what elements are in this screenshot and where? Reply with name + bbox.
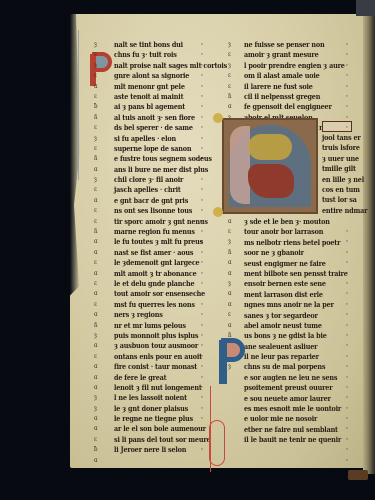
ruling-dot: · — [346, 445, 348, 455]
red-initial-p — [88, 52, 114, 86]
manuscript-line: ensoir bernen este sene — [244, 279, 331, 289]
manuscript-line: ȝ uuer une — [322, 154, 361, 164]
manuscript-line: marne region fu menus — [114, 227, 201, 237]
ruling-dot: · — [346, 258, 348, 268]
margin-letter: ɑ — [94, 456, 97, 466]
manuscript-line: ane sealeuent asliuer — [244, 342, 331, 352]
margin-letter: ɑ — [94, 341, 97, 351]
margin-letter: ɛ — [94, 50, 97, 60]
manuscript-line: ne fuisse se penser non — [244, 40, 331, 50]
manuscript-line: fe gpensoit del engigneer — [244, 102, 331, 112]
manuscript-line: sanes ȝ tor segardeor — [244, 311, 331, 321]
blue-initial-p — [213, 336, 247, 386]
margin-letter: ɑ — [94, 165, 97, 175]
manuscript-line: tmille gilt — [322, 164, 361, 174]
gold-figure — [248, 134, 292, 160]
margin-pen-flourish — [78, 30, 81, 180]
ruling-dot: · — [201, 321, 203, 331]
manuscript-line: lenoit ȝ fil nut longement — [114, 383, 201, 393]
ruling-dot: · — [201, 113, 203, 123]
manuscript-line: il ne leur pas reparier — [244, 352, 331, 362]
ruling-dot: · — [201, 227, 203, 237]
margin-letter: ɛ — [94, 352, 97, 362]
ruling-dot: · — [346, 393, 348, 403]
margin-letter: ɛ — [228, 310, 231, 320]
manuscript-line: le ȝdemenoit gnt largece — [114, 258, 201, 268]
margin-letter: ɛ — [94, 185, 97, 195]
ruling-dot: · — [201, 341, 203, 351]
gold-leaf-ornament — [213, 207, 223, 217]
ruling-dot: · — [346, 92, 348, 102]
manuscript-line: tout amoir sor ensenseche — [114, 289, 201, 299]
manuscript-line: il le bauit ne tenir ne quenir — [244, 435, 331, 445]
margin-letter: ɑ — [94, 237, 97, 247]
ruling-dot: · — [201, 102, 203, 112]
manuscript-line: ngnes mns anoir ne la per — [244, 300, 331, 310]
manuscript-line: soor ne ȝ gbanoir — [244, 248, 331, 258]
manuscript-line: tust lor sa — [322, 195, 361, 205]
margin-letter: ȝ — [228, 279, 231, 289]
margin-letter: ɑ — [94, 373, 97, 383]
manuscript-line: l ne les lassoit noient — [114, 393, 201, 403]
spacer — [346, 185, 348, 195]
ruling-dot: · — [201, 175, 203, 185]
ruling-dot: · — [346, 300, 348, 310]
manuscript-line: e uolor mie ne nosoir — [244, 414, 331, 424]
margin-letter: ɑ — [94, 362, 97, 372]
manuscript-line: om il alast amale uoie — [244, 71, 331, 81]
ruling-dot: · — [346, 383, 348, 393]
manuscript-line: ment bilbote sen pensst traire — [244, 269, 331, 279]
manuscript-line: gnre alont sa signorie — [114, 71, 201, 81]
spacer — [346, 175, 348, 185]
manuscript-line: es mes esnoit mie le uontoir — [244, 404, 331, 414]
manuscript-line: mlt amoit ȝ tr abonance — [114, 269, 201, 279]
margin-letter: ɑ — [94, 383, 97, 393]
margin-letter: ɛ — [228, 71, 231, 81]
margin-letter: ɛ — [94, 92, 97, 102]
ruling-dot: · — [201, 237, 203, 247]
ruling-dot: · — [201, 196, 203, 206]
manuscript-line: e fustre tous segnem sodeus — [114, 154, 201, 164]
manuscript-line: ns ont ses lisonne tous — [114, 206, 201, 216]
margin-letter: ȝ — [94, 61, 97, 71]
ruling-dot: · — [346, 435, 348, 445]
ruling-dot: · — [346, 373, 348, 383]
manuscript-line: seust engigmer ne faire — [244, 259, 331, 269]
manuscript-line: aste tenoit ai mainit — [114, 92, 201, 102]
manuscript-line: l pooir prendre engien ȝ aure — [244, 61, 331, 71]
ruling-dot: · — [201, 50, 203, 60]
ruling-dot: · — [346, 289, 348, 299]
manuscript-line: ans li bure ne mer dist plus — [114, 165, 201, 175]
ruling-dot: · — [346, 279, 348, 289]
margin-letter: ɑ — [94, 82, 97, 92]
ruling-dot: · — [201, 71, 203, 81]
manuscript-line: ms nelbotr riens betel poetr — [244, 238, 331, 248]
manuscript-line: amoir ȝ grant mesure — [244, 50, 331, 60]
manuscript-line: jasch apelles · chrit — [114, 185, 201, 195]
ruling-dot: · — [346, 310, 348, 320]
margin-letter: ɛ — [94, 206, 97, 216]
manuscript-line: nalt proise nalt sages mlt cortois — [114, 61, 201, 71]
margin-letter: ɦ — [228, 248, 231, 258]
margin-letter: ɑ — [94, 248, 97, 258]
margin-letter: ɑ — [94, 196, 97, 206]
manuscript-line: en lille ȝ nel — [322, 175, 361, 185]
margin-letter: ɛ — [94, 123, 97, 133]
margin-letter: ɦ — [94, 154, 97, 164]
manuscript-line: li Jeroer nere li selon — [114, 445, 201, 455]
margin-letter: ɛ — [94, 300, 97, 310]
manuscript-line: il larere ne fust soie — [244, 82, 331, 92]
margin-letter: ɑ — [94, 269, 97, 279]
ruling-dot: · — [201, 424, 203, 434]
manuscript-line: nalt se tint bons dui — [114, 40, 201, 50]
manuscript-line: mlt menonr gnt pele — [114, 82, 201, 92]
margin-letter: ɦ — [94, 227, 97, 237]
manuscript-line: superne lope de sanon — [114, 144, 201, 154]
ruling-dot: · — [201, 445, 203, 455]
manuscript-line: le ȝ gnt doner plaisus — [114, 404, 201, 414]
book-gutter — [363, 14, 375, 474]
margin-letter: ɑ — [228, 321, 231, 331]
ruling-dot: · — [201, 373, 203, 383]
ruling-dot: · — [346, 123, 348, 133]
manuscript-line: nr et mr lums pelous — [114, 321, 201, 331]
ruling-dot: · — [201, 165, 203, 175]
ruling-dot: · — [201, 40, 203, 50]
manuscript-line: al tuis anoit ȝ· sen fiore — [114, 113, 201, 123]
ruling-dot: · — [346, 424, 348, 434]
right-text-beside-initial: jool tans ertruis lsforeȝ uuer unetmille… — [322, 133, 364, 216]
ruling-dot: · — [346, 414, 348, 424]
ruling-dot: · — [201, 123, 203, 133]
margin-letter: ɑ — [94, 289, 97, 299]
ruling-dot: · — [201, 289, 203, 299]
margin-letter: ȝ — [228, 61, 231, 71]
manuscript-line: jool tans er — [322, 133, 361, 143]
margin-letter: ɛ — [94, 71, 97, 81]
manuscript-line: si li pans del tout sor meure — [114, 435, 201, 445]
illuminated-initial — [222, 118, 318, 214]
margin-letter: ɛ — [94, 435, 97, 445]
ruling-dot: · — [346, 352, 348, 362]
left-ruling-dots: ········································ — [201, 40, 203, 456]
margin-letter: ȝ — [94, 331, 97, 341]
manuscript-line: e sou neuete amor laurer — [244, 394, 331, 404]
red-figure — [248, 164, 294, 198]
manuscript-line: ment larrason dist erle — [244, 290, 331, 300]
ruling-dot: · — [346, 269, 348, 279]
margin-letter: ɛ — [94, 217, 97, 227]
manuscript-line: ai ȝ pans bl agement — [114, 102, 201, 112]
ruling-dot: · — [201, 248, 203, 258]
ruling-dot: · — [201, 383, 203, 393]
margin-letter: ɦ — [94, 113, 97, 123]
margin-letter: ȝ — [94, 40, 97, 50]
spacer — [346, 134, 348, 144]
margin-letter: ȝ — [94, 393, 97, 403]
margin-letter: ɑ — [228, 289, 231, 299]
ruling-dot: · — [201, 61, 203, 71]
ruling-dot: · — [201, 217, 203, 227]
ruling-dot: · — [201, 300, 203, 310]
ruling-dot: · — [346, 321, 348, 331]
ruling-dot: · — [201, 331, 203, 341]
manuscript-line: le regne ne tiegne plus — [114, 414, 201, 424]
margin-letter: ɑ — [228, 102, 231, 112]
initial-letterform — [230, 126, 250, 204]
margin-letter: ƀ — [94, 445, 97, 455]
manuscript-line: entire ndmar — [322, 206, 361, 216]
manuscript-line: le fu toutes ȝ mlt fu preus — [114, 237, 201, 247]
margin-letter: ɛ — [94, 144, 97, 154]
ruling-dot: · — [346, 61, 348, 71]
ruling-dot: · — [201, 393, 203, 403]
margin-letter: ȝ — [228, 237, 231, 247]
left-text-column: nalt se tint bons duichns fu ȝ· tuit roi… — [114, 40, 209, 456]
margin-letter: ɦ — [228, 92, 231, 102]
ruling-dot: · — [201, 352, 203, 362]
manuscript-line: le et delu gnde planche — [114, 279, 201, 289]
ruling-dot: · — [201, 206, 203, 216]
ruling-dot: · — [201, 414, 203, 424]
manuscript-line: etber ne faire nul semblant — [244, 425, 331, 435]
manuscript-line: ontans enls pour en auoit — [114, 352, 201, 362]
ruling-dot: · — [201, 310, 203, 320]
ruling-dot: · — [201, 82, 203, 92]
ruling-dot: · — [346, 404, 348, 414]
ruling-dot: · — [346, 456, 348, 466]
ruling-dot: · — [346, 71, 348, 81]
margin-letter: ɑ — [94, 414, 97, 424]
manuscript-line: truis lsfore — [322, 143, 361, 153]
ruling-dot: · — [201, 144, 203, 154]
margin-letter: ɑ — [228, 258, 231, 268]
manuscript-line: tir sporc amoir ȝ gnt nenus — [114, 217, 201, 227]
manuscript-line: cil il nelpensst gregen — [244, 92, 331, 102]
spacer — [346, 144, 348, 154]
initial-stem — [219, 340, 227, 384]
manuscript-line: ȝ sde et le ben ȝ· mouton — [244, 217, 331, 227]
margin-letter: ɛ — [228, 50, 231, 60]
ruling-dot: · — [346, 248, 348, 258]
ruling-dot: · — [201, 362, 203, 372]
manuscript-line: chil clore ȝ· fil anoir — [114, 175, 201, 185]
margin-letter: ɑ — [94, 424, 97, 434]
ruling-dot: · — [346, 50, 348, 60]
manuscript-line: chns su de mal porpens — [244, 362, 331, 372]
margin-letter: ȝ — [228, 40, 231, 50]
ruling-dot: · — [201, 435, 203, 445]
spacer — [346, 217, 348, 227]
ruling-dot: · — [346, 40, 348, 50]
margin-letter: ɑ — [228, 217, 231, 227]
ruling-dot: · — [201, 134, 203, 144]
manuscript-line: de fere le great — [114, 373, 201, 383]
manuscript-line: chns fu ȝ· tuit rois — [114, 50, 201, 60]
margin-letter: ɛ — [94, 258, 97, 268]
manuscript-line: ar le el son bole aumenour — [114, 424, 201, 434]
ruling-dot: · — [201, 404, 203, 414]
gold-leaf-ornament — [213, 113, 223, 123]
ruling-dot: · — [346, 113, 348, 123]
spacer — [346, 165, 348, 175]
spacer — [346, 196, 348, 206]
manuscript-line: ȝ ausbuon touz ausmoor — [114, 341, 201, 351]
manuscript-line: mst fu querres les nons — [114, 300, 201, 310]
ruling-dot: · — [346, 227, 348, 237]
margin-letter: ȝ — [94, 175, 97, 185]
manuscript-line: e gnt bacr de gnt pris — [114, 196, 201, 206]
right-ruling-dots: ································ — [346, 40, 348, 466]
manuscript-line: e sor augien ne leu ne sens — [244, 373, 331, 383]
manuscript-line: ners ȝ regions — [114, 310, 201, 320]
manuscript-line: si fu apelles · elon — [114, 134, 201, 144]
ruling-dot: · — [346, 237, 348, 247]
ruling-dot: · — [346, 331, 348, 341]
ruling-dot: · — [346, 362, 348, 372]
margin-letter: ɦ — [94, 321, 97, 331]
binding-corner — [356, 0, 375, 16]
manuscript-line: abel amoir neust tume — [244, 321, 331, 331]
manuscript-line: fire conist · taur monast — [114, 362, 201, 372]
manuscript-line: ds bel sperer · de same — [114, 123, 201, 133]
ruling-dot: · — [201, 92, 203, 102]
margin-letter: ȝ — [94, 404, 97, 414]
ruling-dot: · — [346, 82, 348, 92]
spacer — [346, 154, 348, 164]
manuscript-line: us bons ȝ ne gdist la bie — [244, 331, 331, 341]
manuscript-line: psoitement preust ouurer — [244, 383, 331, 393]
manuscript-line: tour anoir bor larrason — [244, 227, 331, 237]
red-flourish-loop — [209, 420, 225, 466]
ruling-dot: · — [346, 102, 348, 112]
margin-letter: ɑ — [228, 300, 231, 310]
ruling-dot: · — [201, 269, 203, 279]
ruling-dot: · — [201, 185, 203, 195]
ruling-dot: · — [201, 258, 203, 268]
margin-letter: ɛ — [228, 82, 231, 92]
manuscript-line: nast se fist amer · aous — [114, 248, 201, 258]
right-text-middle: ȝ sde et le ben ȝ· moutontour anoir bor … — [244, 217, 339, 446]
ruling-dot: · — [346, 341, 348, 351]
manuscript-line: cos en tum — [322, 185, 361, 195]
manuscript-line: puis monnoit plus isplus — [114, 331, 201, 341]
ruling-dot: · — [201, 279, 203, 289]
binding-clasp — [348, 470, 368, 480]
margin-letter: ɛ — [94, 279, 97, 289]
spacer — [346, 206, 348, 216]
margin-letter: ȝ — [94, 134, 97, 144]
margin-letter: ɑ — [228, 269, 231, 279]
left-margin-letters: ȝɛȝɛɑɛƀɦɛȝɛɦɑȝɛɑɛɛɦɑɑɛɑɛɑɛɑɦȝɑɛɑɑɑȝȝɑɑɛƀ… — [94, 40, 98, 466]
ruling-dot: · — [201, 154, 203, 164]
margin-letter: ɛ — [228, 227, 231, 237]
margin-letter: ƀ — [94, 102, 97, 112]
margin-letter: ɑ — [94, 310, 97, 320]
